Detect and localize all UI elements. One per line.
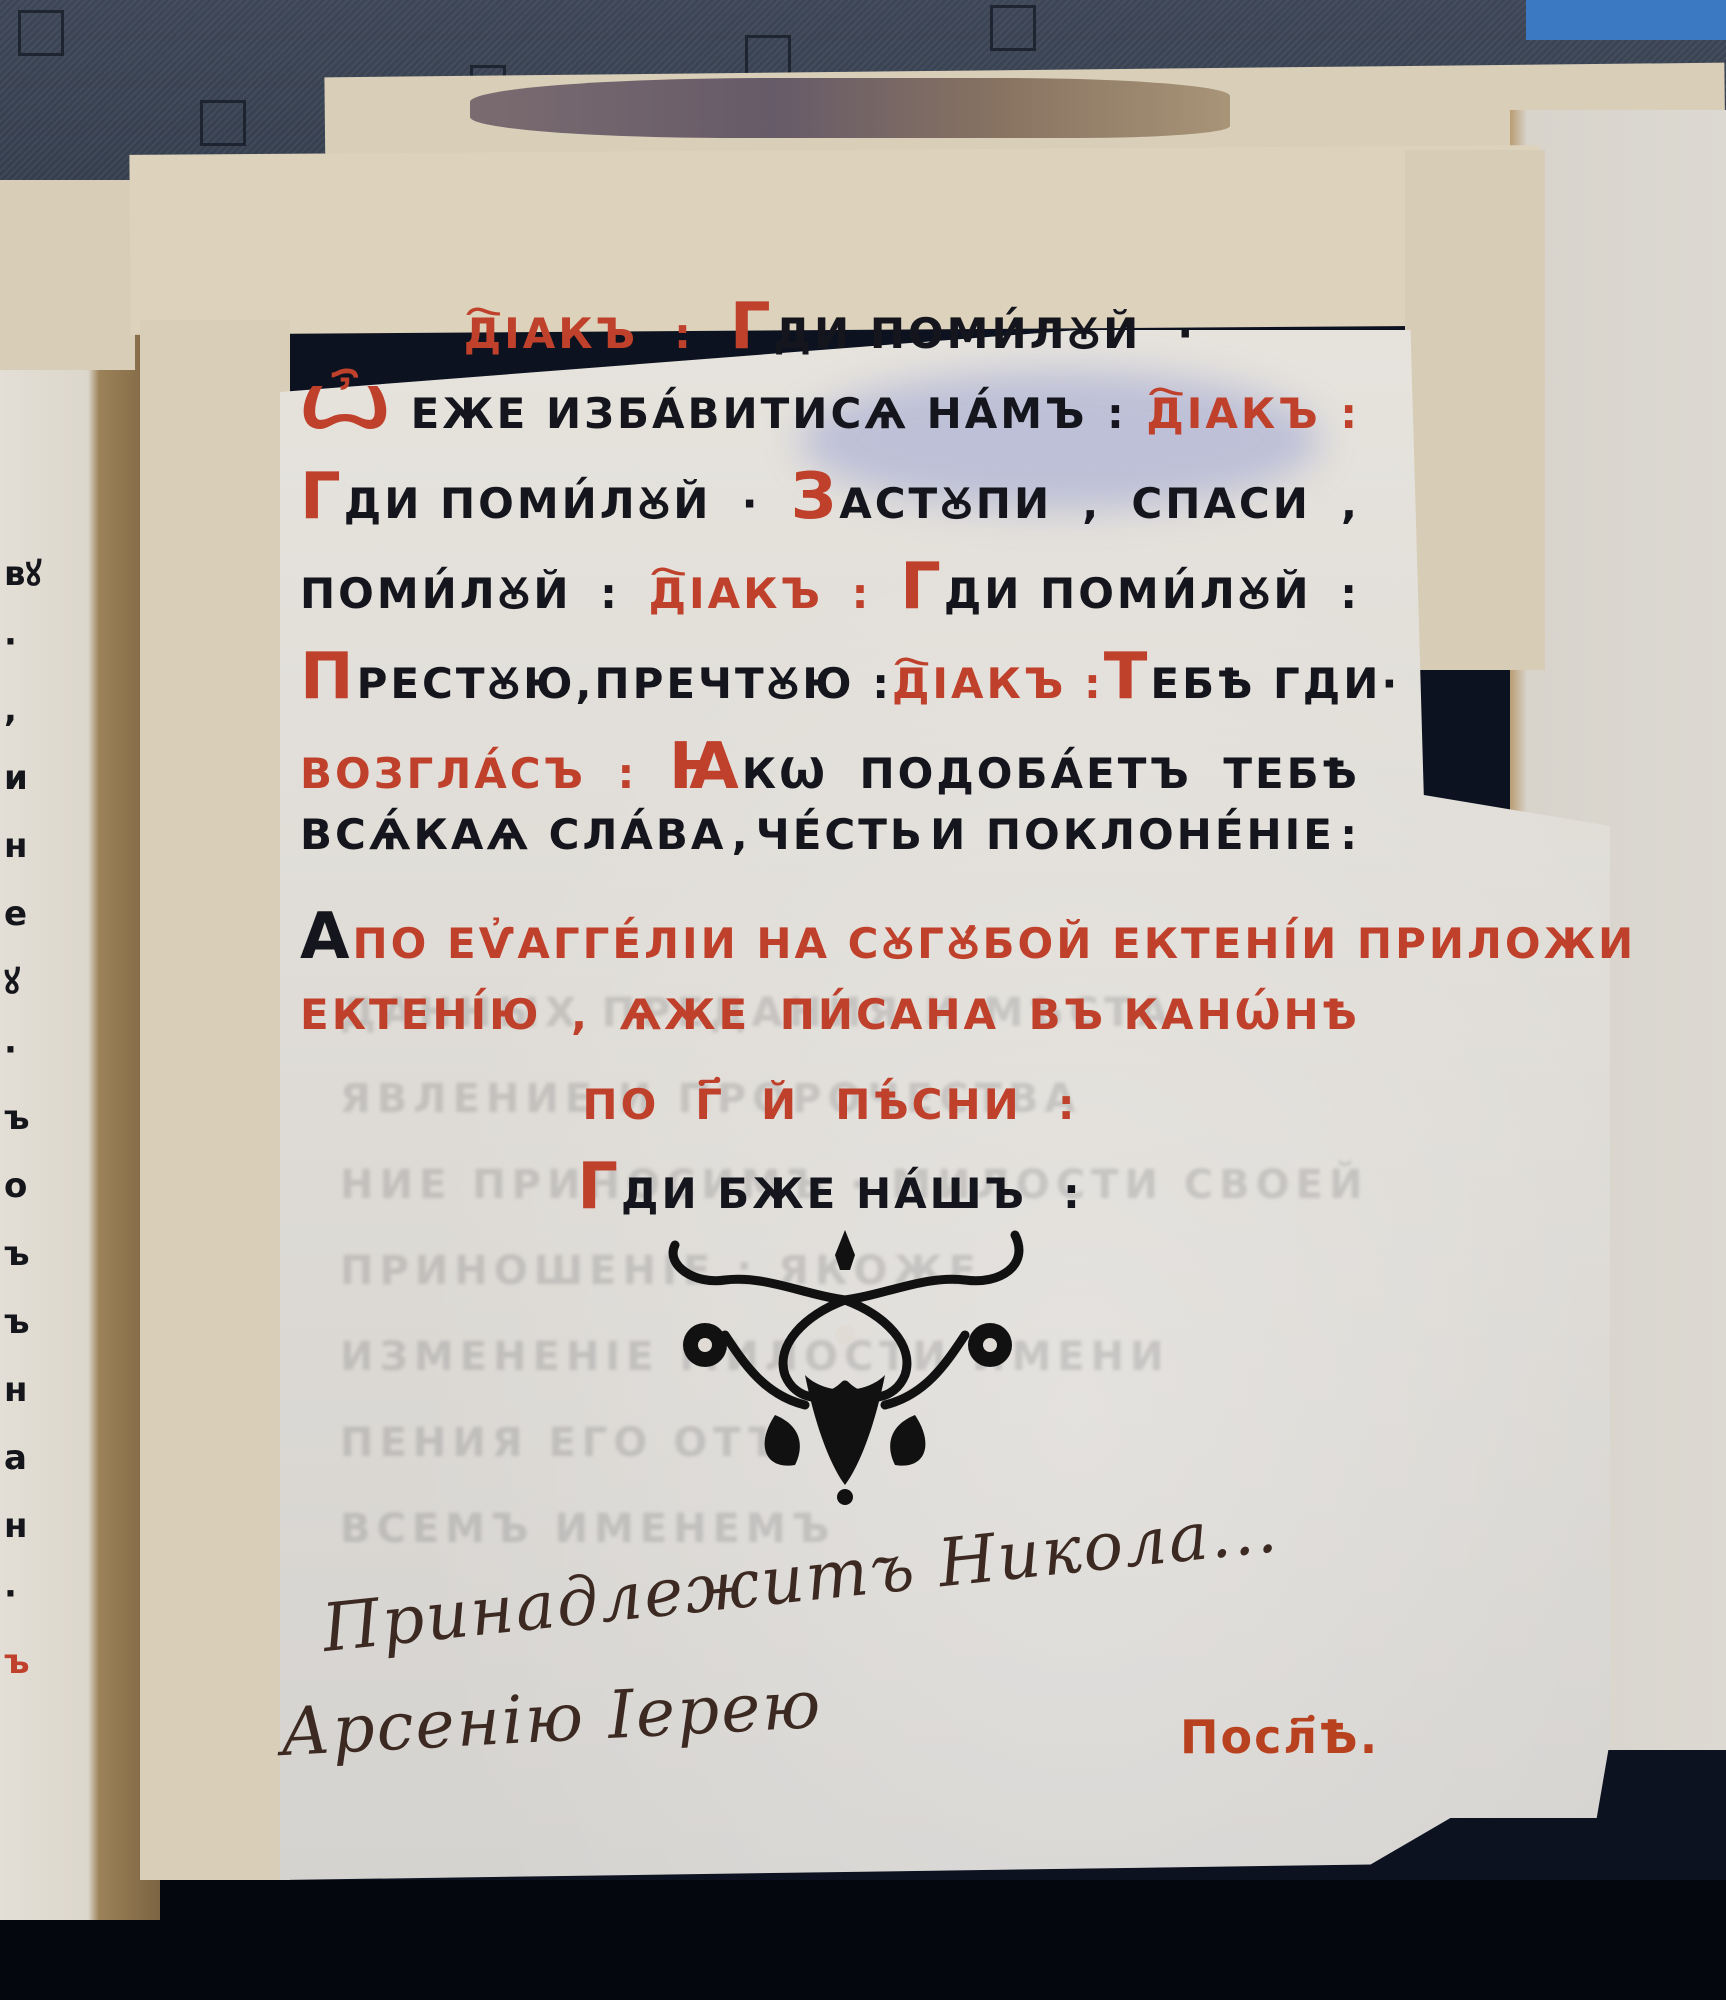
rubric-number: Г҃: [695, 1080, 725, 1129]
text-span: РЕСТꙊЮ: [357, 659, 576, 708]
red-initial: Т: [1104, 640, 1151, 714]
punct: :: [1340, 389, 1360, 438]
punct: :: [1340, 810, 1360, 859]
text-line-9: ЕКТЕНІ́Ю , ѦЖЕ ПИ́САНА ВЪ КАНѠ́НѢ: [300, 990, 1360, 1039]
text-line-7: ВСѦ́КАѦ СЛА́ВА , ЧЕ́СТЬ И ПОКЛОНЕ́НІЕ :: [300, 810, 1360, 859]
water-stain: [470, 78, 1230, 138]
fragment: ·: [4, 1560, 74, 1628]
rubric-instruction: ѦЖЕ: [619, 990, 750, 1039]
text-span: ПРЕЧТꙊЮ :: [594, 654, 892, 711]
text-line-6: ВОЗГЛА́СЪ : ꙖКѠ ПОДОБА́ЕТЪ ТЕБѢ: [300, 730, 1360, 804]
text-line-1: Д҇ІАКЪ : ГДИ ПОМИ́ЛꙊЙ ·: [300, 290, 1360, 364]
rubric-instruction: ВЪ КАНѠ́НѢ: [1029, 990, 1360, 1039]
fragment: н: [4, 812, 74, 880]
text-line-4: ПОМИ́ЛꙊЙ : Д҇ІАКЪ : ГДИ ПОМИ́ЛꙊЙ :: [300, 550, 1360, 624]
text-line-11: ГДИ БЖЕ НА́ШЪ :: [300, 1150, 1360, 1224]
rubric-instruction: ПО ЕѴ҆АГГЕ́ЛІИ НА СꙊГꙊ́БОЙ ЕКТЕНІ́И ПРИЛ…: [353, 914, 1637, 971]
fragment: о: [4, 1152, 74, 1220]
punct: ,: [1082, 479, 1101, 528]
red-initial: Ꙗ: [669, 730, 742, 804]
fabric-pattern-square: [200, 100, 246, 146]
fragment: н: [4, 1492, 74, 1560]
fragment: ъ: [4, 1084, 74, 1152]
text-span: ЕБѢ ГДИ: [1150, 659, 1381, 708]
red-initial: Г: [730, 290, 774, 364]
punct: :: [674, 309, 694, 358]
punct: :: [1340, 569, 1360, 618]
punct: :: [600, 569, 620, 618]
text-span: ДИ ПОМИ́ЛꙊЙ: [344, 479, 712, 528]
red-initial: Г: [300, 460, 344, 534]
fragment: ꙋ: [4, 948, 74, 1016]
rubric-instruction: ЕКТЕНІ́Ю: [300, 990, 541, 1039]
punct: :: [1107, 389, 1127, 438]
rubric-deacon: Д҇ІАКЪ: [1146, 389, 1320, 438]
text-span: ВСѦ́КАѦ СЛА́ВА: [300, 810, 726, 859]
punct: ·: [742, 479, 761, 528]
text-line-5: ПРЕСТꙊЮ , ПРЕЧТꙊЮ : Д҇ІАКЪ : ТЕБѢ ГДИ ·: [300, 640, 1360, 714]
fabric-pattern-square: [18, 10, 64, 56]
mount-strip-right: [1405, 150, 1545, 670]
text-span: ТЕБѢ: [1223, 749, 1360, 798]
text-span: ЧЕ́СТЬ: [756, 810, 925, 859]
text-line-3: ГДИ ПОМИ́ЛꙊЙ · ЗАСТꙊПИ , СПАСИ ,: [300, 460, 1360, 534]
red-initial: Г: [577, 1150, 621, 1224]
text-span: ДИ БЖЕ НА́ШЪ: [621, 1169, 1027, 1218]
rubric-deacon: Д҇ІАКЪ: [649, 569, 823, 618]
text-span: КѠ: [742, 749, 828, 798]
red-initial: Г: [900, 550, 944, 624]
fragment: ъ: [4, 1220, 74, 1288]
rubric-exclamation: ВОЗГЛА́СЪ: [300, 749, 586, 798]
rubric-instruction: Й: [761, 1080, 799, 1129]
fragment: ъ: [4, 1288, 74, 1356]
red-initial: П: [300, 640, 357, 714]
left-page-fragments: вꙋ · , и н е ꙋ · ъ о ъ ъ н а н · ъ: [4, 540, 74, 1696]
black-initial: А: [300, 900, 353, 974]
text-span: ПОДОБА́ЕТЪ: [860, 749, 1192, 798]
fragment: е: [4, 880, 74, 948]
fragment: ·: [4, 1016, 74, 1084]
text-span: ПОМИ́ЛꙊЙ: [300, 564, 571, 621]
red-initial: З: [791, 460, 839, 534]
punct: :: [852, 569, 872, 618]
text-line-2: Ѽ ЕЖЕ ИЗБА́ВИТИСѦ НА́МЪ : Д҇ІАКЪ :: [300, 370, 1360, 444]
fabric-pattern-square: [990, 5, 1036, 51]
left-mount-strip: [0, 180, 135, 370]
punct: ,: [571, 990, 590, 1039]
punct: :: [618, 749, 638, 798]
punct: ,: [1341, 479, 1360, 528]
text-span: ДИ ПОМИ́ЛꙊЙ: [774, 309, 1142, 358]
punct: :: [1063, 1169, 1083, 1218]
punct: ,: [732, 810, 751, 859]
text-span: ДИ ПОМИ́ЛꙊЙ: [944, 569, 1312, 618]
rubric-deacon: Д҇ІАКЪ :: [892, 659, 1104, 708]
fragment: ,: [4, 676, 74, 744]
text-span: СПАСИ: [1131, 479, 1310, 528]
printed-signature-mark: Посл҃Ѣ.: [1180, 1710, 1379, 1764]
punct: ·: [1177, 309, 1196, 358]
fragment: вꙋ: [4, 540, 74, 608]
fragment-red: ъ: [4, 1628, 74, 1696]
text-line-8: А ПО ЕѴ҆АГГЕ́ЛІИ НА СꙊГꙊ́БОЙ ЕКТЕНІ́И ПР…: [300, 900, 1360, 974]
text-span: АСТꙊПИ: [839, 479, 1052, 528]
red-initial: Ѽ: [300, 370, 393, 444]
woodcut-tailpiece-ornament: [655, 1225, 1045, 1505]
blue-cloth-corner: [1526, 0, 1726, 40]
punct: ·: [1381, 659, 1400, 708]
fragment: н: [4, 1356, 74, 1424]
fragment: ·: [4, 608, 74, 676]
punct: :: [1058, 1080, 1078, 1129]
rubric-instruction: ПО: [582, 1080, 659, 1129]
mount-strip-left: [140, 320, 290, 1880]
fragment: и: [4, 744, 74, 812]
rubric-instruction: ПИ́САНА: [780, 990, 999, 1039]
rubric-instruction: ПѢ́СНИ: [835, 1080, 1022, 1129]
text-span: И ПОКЛОНЕ́НІЕ: [930, 810, 1335, 859]
text-span: ЕЖЕ ИЗБА́ВИТИСѦ НА́МЪ: [411, 389, 1088, 438]
punct: ,: [575, 659, 594, 708]
fragment: а: [4, 1424, 74, 1492]
text-line-10: ПО Г҃ Й ПѢ́СНИ :: [300, 1080, 1360, 1129]
rubric-deacon: Д҇ІАКЪ: [464, 309, 638, 358]
